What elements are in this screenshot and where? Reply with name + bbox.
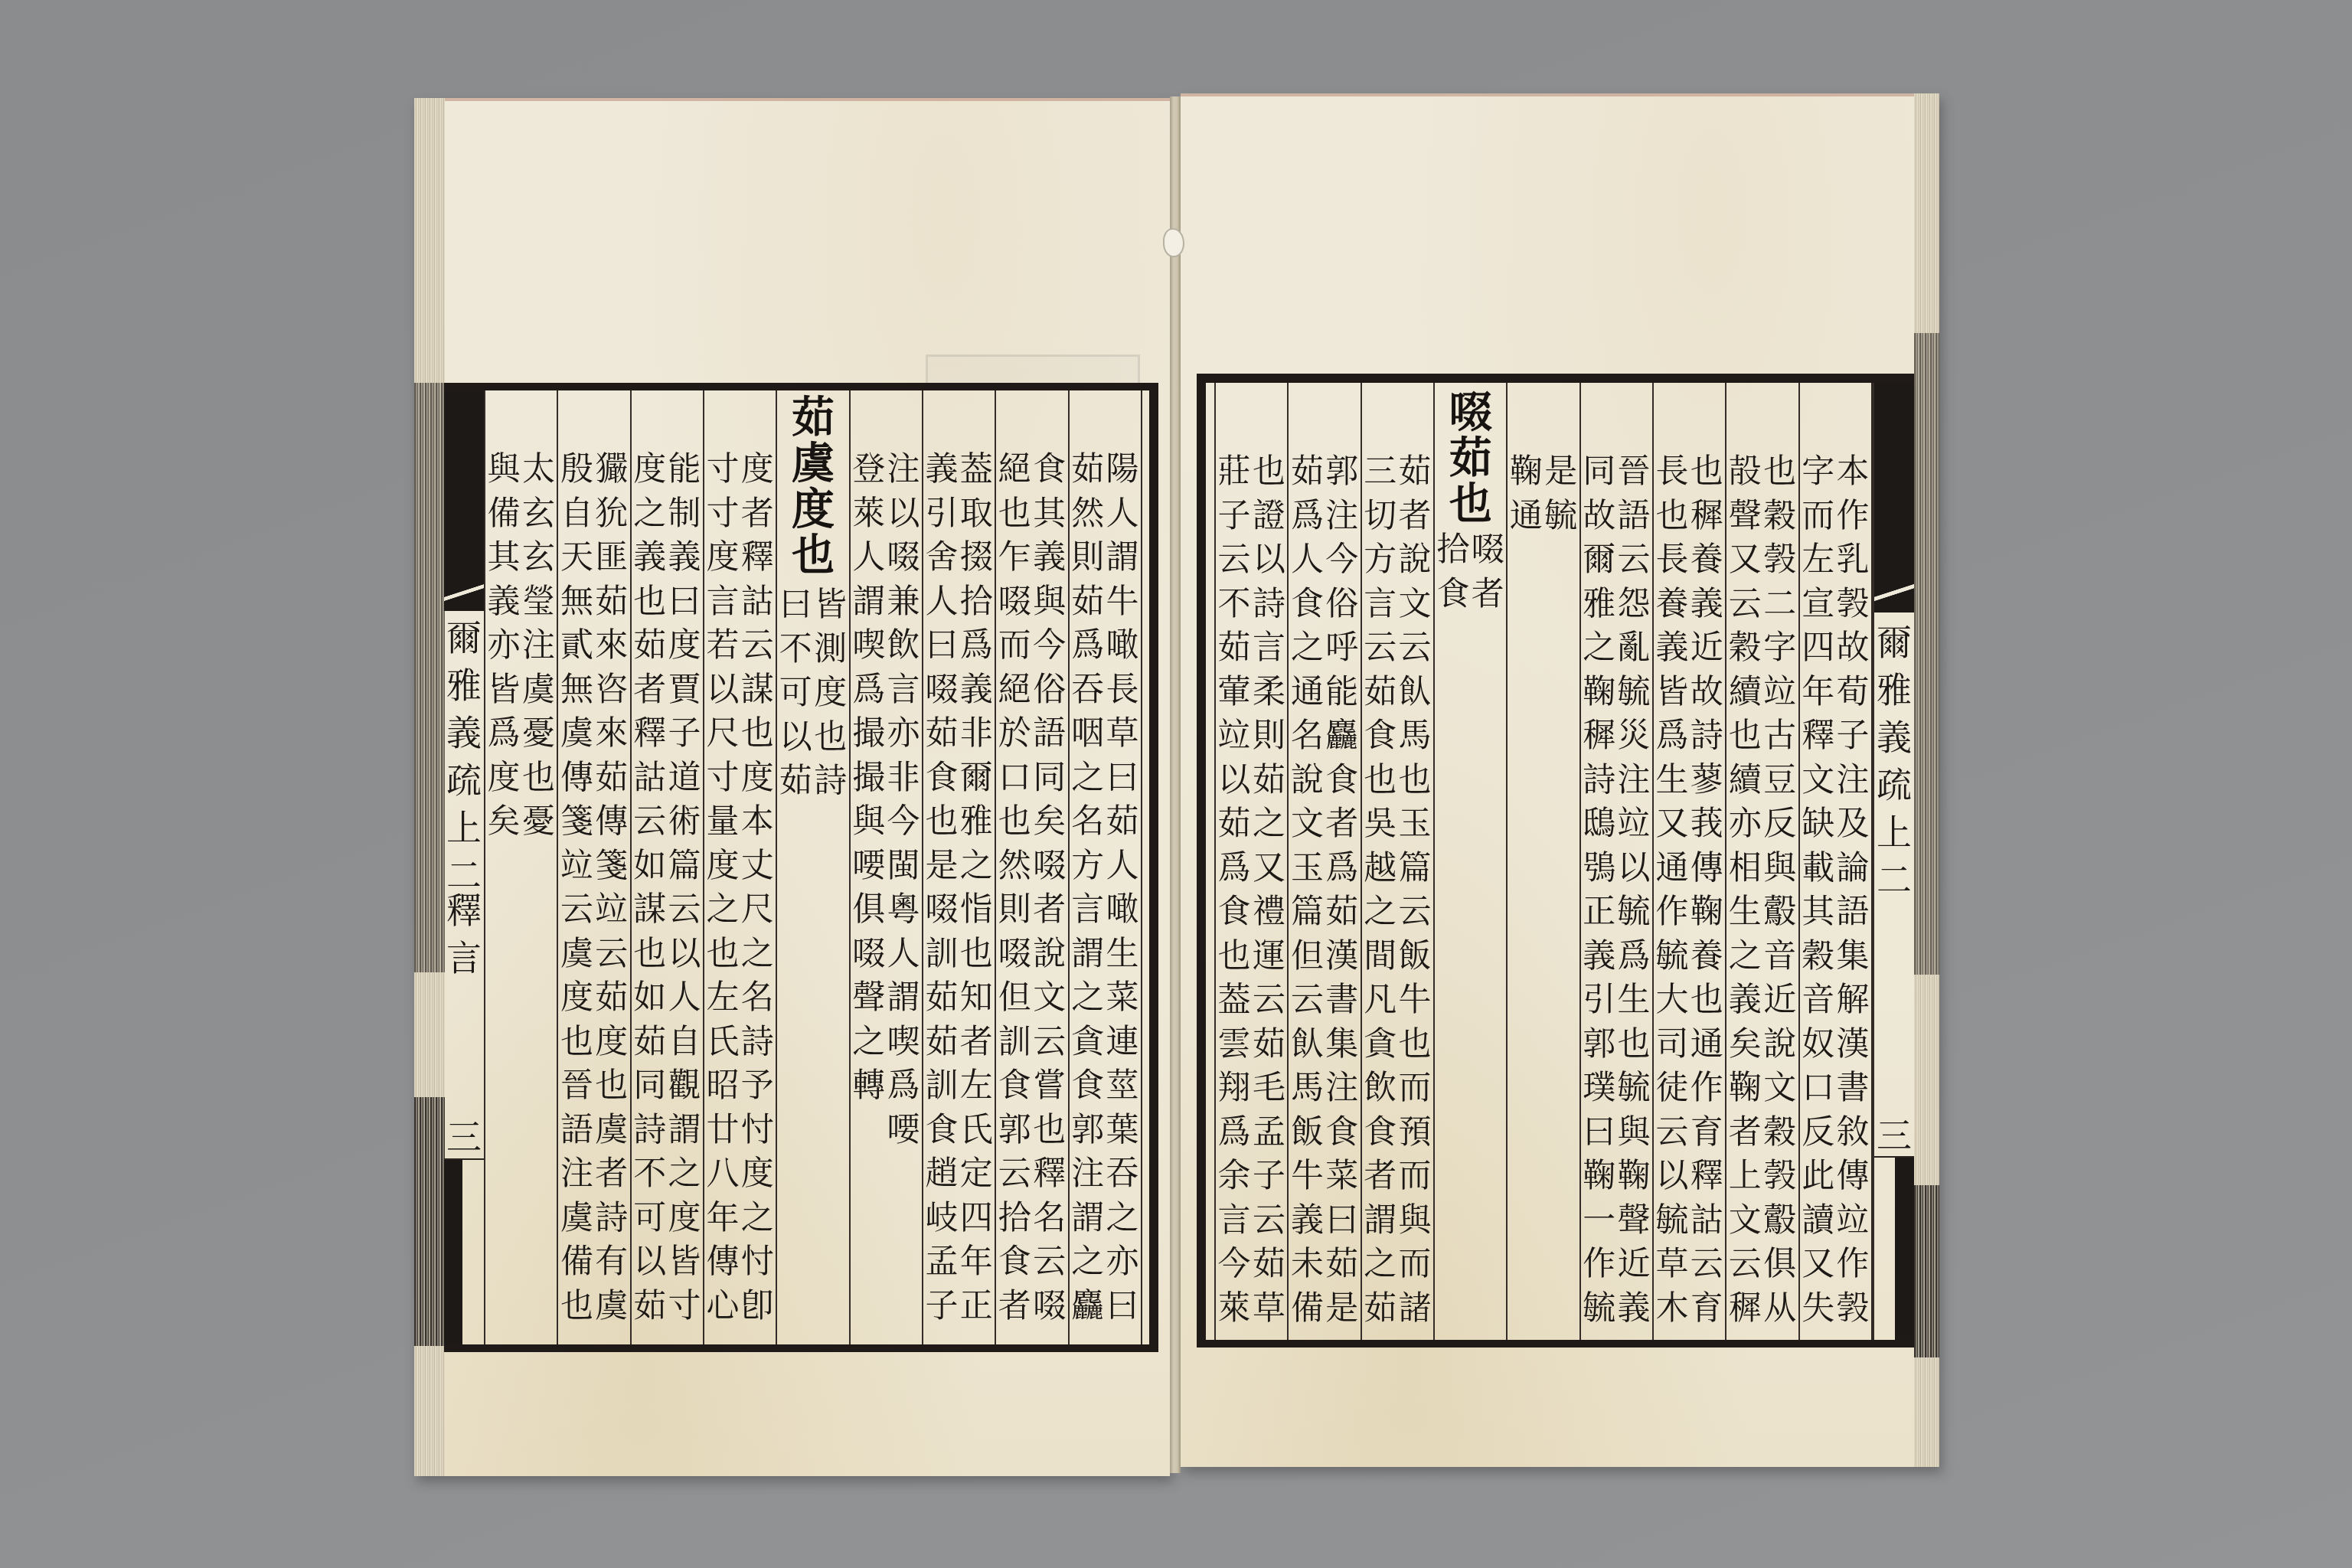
commentary-line-right: 能制義曰度賈子道術篇云以人自觀謂之度皆寸 xyxy=(667,448,702,1328)
gloss-note-right: 皆測度也詩 xyxy=(813,583,848,804)
commentary-line-right: 也穉養義近故詩蓼莪傳鞠養也通作育釋詁云育 xyxy=(1689,450,1724,1331)
entry-heading-column: 茹虞度也 皆測度也詩 曰不可以茹 xyxy=(776,390,848,1344)
commentary-line-right: 晉語云怨亂毓災注竝以毓爲生也毓與鞠聲近義 xyxy=(1616,450,1651,1331)
commentary-line-left: 與備其義亦皆爲度矣 xyxy=(486,448,521,844)
bleed-through-ghost xyxy=(926,354,1140,385)
page-top-edge xyxy=(414,98,1170,101)
right-page-banxin: 爾雅義疏上二 三 xyxy=(1873,383,1914,1340)
page-top-edge xyxy=(1181,93,1939,96)
edge-ink-mark xyxy=(1914,333,1939,975)
text-column: 也證以詩言柔則茹之又禮運云茹毛孟子云茹草 莊子云不茹葷竝以茹爲食也葢雲翔爲余言今… xyxy=(1214,383,1287,1340)
commentary-line-left: 殷自天無貳無虞傳箋竝云虞度也晉語注虞備也 xyxy=(559,448,594,1328)
commentary-line-left: 字而左宣四年釋文缺載其穀音奴口反此讀又失 xyxy=(1801,450,1836,1331)
commentary-line-right: 是毓 xyxy=(1543,450,1579,538)
fishtail-ornament xyxy=(1874,574,1914,612)
banxin-leaf-number: 三 xyxy=(444,1113,484,1161)
commentary-line-right: 度者釋詁云謀也度本丈尺之名詩予忖度之忖卽 xyxy=(740,448,775,1328)
commentary-line-left: 絕也乍啜而絕於口也然則啜但訓食郭云拾食者 xyxy=(997,448,1032,1328)
entry-heading-column: 啜茹也 啜者 拾食 xyxy=(1433,383,1506,1340)
commentary-line-right: 葢取掇拾爲義非爾雅之恉也知者左氏定四年正 xyxy=(959,448,994,1328)
left-page-frame: 爾雅義疏上二 釋言 三 陽人謂牛噉長草曰茹人噉生菜連莖葉吞之亦曰 茹然則茹爲吞咽… xyxy=(444,383,1158,1352)
commentary-line-right: 玁狁匪茹來咨來茹傳箋竝云茹度也虞者詩有虞 xyxy=(594,448,629,1328)
commentary-line-left: 同故爾雅之鞠穉詩鴟鴞正義引郭璞曰鞠一作毓 xyxy=(1582,450,1617,1331)
text-column: 食其義與今俗語同矣啜者說文云嘗也釋名云啜 絕也乍啜而絕於口也然則啜但訓食郭云拾食… xyxy=(995,390,1067,1344)
gloss-note: 皆測度也詩 曰不可以茹 xyxy=(777,583,848,1344)
black-mouth-block-bottom xyxy=(1895,1158,1914,1340)
black-mouth-block-bottom xyxy=(444,1160,462,1344)
commentary-line-right: 也證以詩言柔則茹之又禮運云茹毛孟子云茹草 xyxy=(1251,450,1286,1331)
commentary-line-right: 陽人謂牛噉長草曰茹人噉生菜連莖葉吞之亦曰 xyxy=(1105,448,1140,1328)
commentary-line-right: 食其義與今俗語同矣啜者說文云嘗也釋名云啜 xyxy=(1032,448,1067,1328)
commentary-line-left: 茹爲人食之通名說文玉篇但云飤馬飯牛義未備 xyxy=(1289,450,1325,1331)
commentary-line-left: 長也長養義皆爲生又通作毓大司徒云以毓草木 xyxy=(1655,450,1690,1331)
text-column: 太玄玄瑩注虞憂也憂 與備其義亦皆爲度矣 xyxy=(484,390,557,1344)
text-column: 也穀㝅二字竝古豆反與鷇音近說文穀㝅鷇俱从 㱿聲又云穀續也續亦相生之義矣鞠者上文云… xyxy=(1725,383,1798,1340)
gloss-note-left: 拾食 xyxy=(1436,528,1471,616)
black-mouth-block-top xyxy=(444,390,484,576)
text-column: 注以啜兼飲言亦非今閩粵人謂喫爲喓 登萊人謂喫爲撮撮與喓俱啜聲之轉 xyxy=(849,390,922,1344)
commentary-line-left: 三切方言云茹食也吳越之間凡貪飲食者謂之茹 xyxy=(1363,450,1398,1331)
left-page-edge-stack xyxy=(414,98,445,1476)
banxin-title: 爾雅義疏上二 xyxy=(444,614,484,899)
gloss-note-right: 啜者 xyxy=(1470,528,1505,616)
commentary-line-left: 寸寸度言若以尺寸量度之也左氏昭廿八年傳心 xyxy=(705,448,740,1328)
commentary-line-left: 登萊人謂喫爲撮撮與喓俱啜聲之轉 xyxy=(851,448,887,1109)
text-column: 是毓 鞠通 xyxy=(1506,383,1579,1340)
commentary-line-right: 郭注今俗呼能麤食者爲茹漢書集注食菜曰茹是 xyxy=(1325,450,1360,1331)
commentary-line-right: 茹者說文云飤馬也玉篇云飯牛也而預而與而諸 xyxy=(1397,450,1432,1331)
edge-ink-mark xyxy=(1914,1185,1939,1357)
commentary-line-left: 㱿聲又云穀續也續亦相生之義矣鞠者上文云穉 xyxy=(1727,450,1762,1331)
left-page-banxin: 爾雅義疏上二 釋言 三 xyxy=(444,390,484,1344)
commentary-line-right: 也穀㝅二字竝古豆反與鷇音近說文穀㝅鷇俱从 xyxy=(1762,450,1798,1331)
paper-thread-knot xyxy=(1163,228,1184,257)
commentary-line-left: 茹然則茹爲吞咽之名方言謂之貪食郭注謂之麤 xyxy=(1070,448,1106,1328)
banxin-leaf-number: 三 xyxy=(1874,1112,1914,1159)
banxin-section: 釋言 xyxy=(444,887,484,982)
text-column: 本作乳㝅故荀子注及論語集解漢書敘傳竝作㝅 字而左宣四年釋文缺載其穀音奴口反此讀又… xyxy=(1798,383,1871,1340)
right-page-frame: 本作乳㝅故荀子注及論語集解漢書敘傳竝作㝅 字而左宣四年釋文缺載其穀音奴口反此讀又… xyxy=(1197,374,1914,1347)
black-mouth-block-top xyxy=(1874,383,1914,574)
commentary-line-right: 太玄玄瑩注虞憂也憂 xyxy=(521,448,556,844)
edge-ink-mark xyxy=(414,1097,445,1346)
banxin-title: 爾雅義疏上二 xyxy=(1874,619,1914,903)
text-column: 陽人謂牛噉長草曰茹人噉生菜連莖葉吞之亦曰 茹然則茹爲吞咽之名方言謂之貪食郭注謂之… xyxy=(1068,390,1141,1344)
entry-heading: 啜茹也 xyxy=(1447,389,1494,527)
left-page-columns: 陽人謂牛噉長草曰茹人噉生菜連莖葉吞之亦曰 茹然則茹爲吞咽之名方言謂之貪食郭注謂之… xyxy=(484,390,1142,1344)
commentary-line-left: 鞠通 xyxy=(1508,450,1543,538)
book-gutter xyxy=(1170,96,1181,1473)
gloss-note: 啜者 拾食 xyxy=(1435,528,1506,1340)
commentary-line-right: 注以啜兼飲言亦非今閩粵人謂喫爲喓 xyxy=(886,448,921,1152)
right-page-edge-stack xyxy=(1914,93,1939,1467)
text-column: 度者釋詁云謀也度本丈尺之名詩予忖度之忖卽 寸寸度言若以尺寸量度之也左氏昭廿八年傳… xyxy=(703,390,776,1344)
edge-ink-mark xyxy=(414,383,445,972)
text-column: 葢取掇拾爲義非爾雅之恉也知者左氏定四年正 義引舍人曰啜茹食也是啜訓茹茹訓食趙岐孟… xyxy=(922,390,995,1344)
text-column: 郭注今俗呼能麤食者爲茹漢書集注食菜曰茹是 茹爲人食之通名說文玉篇但云飤馬飯牛義未… xyxy=(1287,383,1360,1340)
commentary-line-left: 莊子云不茹葷竝以茹爲食也葢雲翔爲余言今萊 xyxy=(1217,450,1252,1331)
text-column: 能制義曰度賈子道術篇云以人自觀謂之度皆寸 度之義也茹者釋詁云如謀也如茹同詩不可以… xyxy=(630,390,703,1344)
text-column: 也穉養義近故詩蓼莪傳鞠養也通作育釋詁云育 長也長養義皆爲生又通作毓大司徒云以毓草… xyxy=(1652,383,1725,1340)
right-page-columns: 本作乳㝅故荀子注及論語集解漢書敘傳竝作㝅 字而左宣四年釋文缺載其穀音奴口反此讀又… xyxy=(1214,383,1873,1340)
text-column: 晉語云怨亂毓災注竝以毓爲生也毓與鞠聲近義 同故爾雅之鞠穉詩鴟鴞正義引郭璞曰鞠一作… xyxy=(1579,383,1652,1340)
gloss-note-left: 曰不可以茹 xyxy=(778,583,813,804)
commentary-line-left: 度之義也茹者釋詁云如謀也如茹同詩不可以茹 xyxy=(632,448,668,1328)
commentary-line-left: 義引舍人曰啜茹食也是啜訓茹茹訓食趙岐孟子 xyxy=(924,448,959,1328)
text-column: 玁狁匪茹來咨來茹傳箋竝云茹度也虞者詩有虞 殷自天無貳無虞傳箋竝云虞度也晉語注虞備… xyxy=(557,390,629,1344)
entry-heading: 茹虞度也 xyxy=(789,394,837,578)
fishtail-ornament xyxy=(444,576,484,611)
text-column: 茹者說文云飤馬也玉篇云飯牛也而預而與而諸 三切方言云茹食也吳越之間凡貪飲食者謂之… xyxy=(1361,383,1433,1340)
commentary-line-right: 本作乳㝅故荀子注及論語集解漢書敘傳竝作㝅 xyxy=(1835,450,1870,1331)
